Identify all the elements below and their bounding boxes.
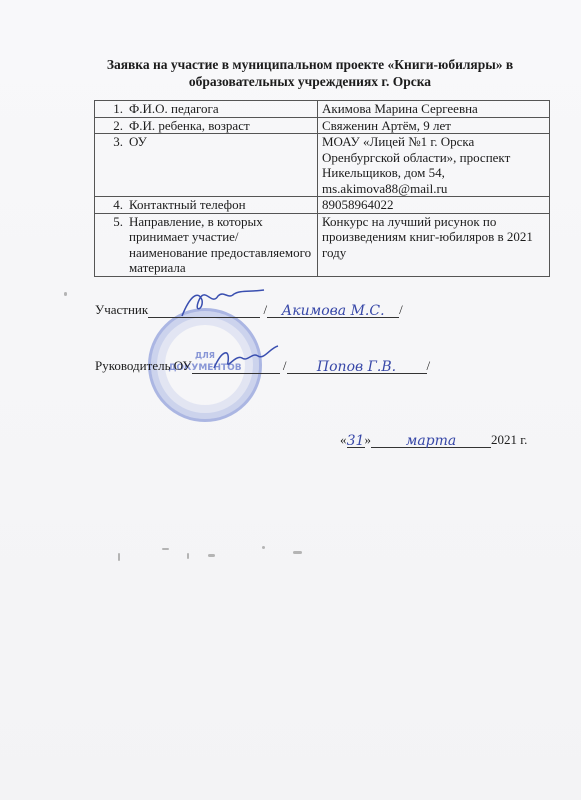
participant-signature-icon <box>178 286 268 320</box>
document-title: Заявка на участие в муниципальном проект… <box>60 56 560 90</box>
date-day-blank: 31 <box>347 433 365 448</box>
participant-label: Участник <box>95 302 148 317</box>
row-value: Конкурс на лучший рисунок по произведени… <box>318 213 550 276</box>
date-year: 2021 г. <box>491 432 527 447</box>
head-label: Руководитель ОУ <box>95 358 192 373</box>
separator: / <box>427 358 431 373</box>
head-signature-icon <box>212 344 282 374</box>
row-value: Свяженин Артём, 9 лет <box>318 117 550 134</box>
table-row: 4.Контактный телефон 89058964022 <box>95 197 550 214</box>
row-value: МОАУ «Лицей №1 г. Орска Оренбургской обл… <box>318 134 550 197</box>
row-value: Акимова Марина Сергеевна <box>318 101 550 118</box>
application-table: 1.Ф.И.О. педагога Акимова Марина Сергеев… <box>94 100 550 277</box>
document-page: Заявка на участие в муниципальном проект… <box>0 0 581 800</box>
table-row: 3.ОУ МОАУ «Лицей №1 г. Орска Оренбургско… <box>95 134 550 197</box>
title-line-2: образовательных учреждениях г. Орска <box>60 73 560 90</box>
table-row: 1.Ф.И.О. педагога Акимова Марина Сергеев… <box>95 101 550 118</box>
row-number: 5. <box>105 214 123 276</box>
head-name-blank: Попов Г.В. <box>287 359 427 374</box>
row-label: Контактный телефон <box>129 197 313 213</box>
row-number: 4. <box>105 197 123 213</box>
table-row: 2.Ф.И. ребенка, возраст Свяженин Артём, … <box>95 117 550 134</box>
row-value: 89058964022 <box>318 197 550 214</box>
date-month-blank: марта <box>371 433 491 448</box>
date-day-handwritten: 31 <box>347 433 365 449</box>
row-label: ОУ <box>129 134 313 150</box>
row-number: 3. <box>105 134 123 150</box>
participant-name-blank: Акимова М.С. <box>267 303 399 318</box>
table-row: 5.Направление, в которых принимает участ… <box>95 213 550 276</box>
row-number: 1. <box>105 101 123 117</box>
date-month-handwritten: марта <box>406 433 457 449</box>
row-number: 2. <box>105 118 123 134</box>
separator: / <box>399 302 403 317</box>
row-label: Направление, в которых принимает участие… <box>129 214 313 276</box>
participant-name-handwritten: Акимова М.С. <box>282 303 385 319</box>
title-line-1: Заявка на участие в муниципальном проект… <box>60 56 560 73</box>
row-label: Ф.И. ребенка, возраст <box>129 118 313 134</box>
head-name-handwritten: Попов Г.В. <box>317 359 396 375</box>
row-label: Ф.И.О. педагога <box>129 101 313 117</box>
date-line: «31»марта2021 г. <box>340 432 527 448</box>
